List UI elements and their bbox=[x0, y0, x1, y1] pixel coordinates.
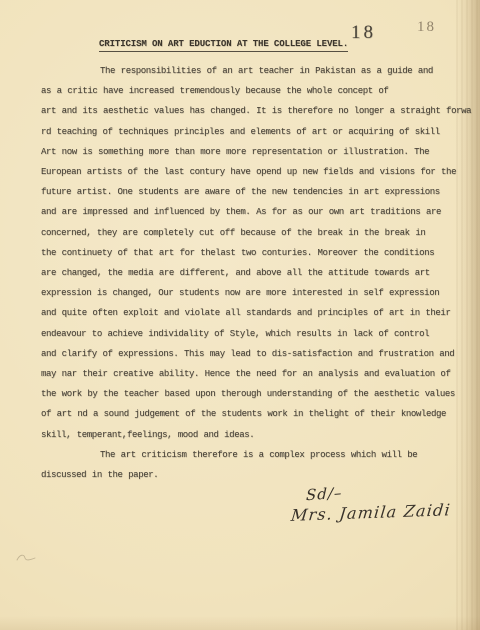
typed-line: and clarify of expressions. This may lea… bbox=[41, 344, 473, 364]
scan-edge-bottom bbox=[0, 616, 480, 630]
typed-line: discussed in the paper. bbox=[41, 465, 473, 485]
typed-line: may nar their creative ability. Hence th… bbox=[41, 364, 473, 384]
typed-line: the continuety of that art for thelast t… bbox=[41, 243, 473, 263]
typed-line: are changed, the media are different, an… bbox=[41, 263, 473, 283]
typed-line: as a critic have increased tremendously … bbox=[41, 81, 473, 101]
typed-line: of art nd a sound judgement of the stude… bbox=[41, 404, 473, 424]
signature-name: Mrs. Jamila Zaidi bbox=[290, 500, 452, 525]
typed-line: The responsibilities of an art teacher i… bbox=[41, 61, 473, 81]
document-page: 18 18 CRITICISM ON ART EDUCTION AT THE C… bbox=[0, 0, 480, 630]
typed-line: endeavour to achieve individality of Sty… bbox=[41, 324, 473, 344]
typed-line: and quite often exploit and violate all … bbox=[41, 303, 473, 323]
typed-line: The art criticism therefore is a complex… bbox=[41, 445, 473, 465]
page-number-stamped: 18 bbox=[417, 19, 436, 36]
typed-line: skill, temperant,feelings, mood and idea… bbox=[41, 425, 473, 445]
typed-line: concerned, they are completely cut off b… bbox=[41, 223, 473, 243]
typed-line: art and its aesthetic values has changed… bbox=[41, 101, 473, 121]
typed-line: European artists of the last contury hav… bbox=[41, 162, 473, 182]
body-text: The responsibilities of an art teacher i… bbox=[41, 61, 473, 485]
signature-sd-notation: Sd/– bbox=[306, 484, 343, 505]
pencil-smudge bbox=[15, 552, 37, 564]
typed-line: Art now is something more than more more… bbox=[41, 142, 473, 162]
page-title: CRITICISM ON ART EDUCTION AT THE COLLEGE… bbox=[99, 39, 348, 52]
typed-line: rd teaching of techniques principles and… bbox=[41, 122, 473, 142]
typed-line: and are impressed and influenced by them… bbox=[41, 202, 473, 222]
page-number-typed: 18 bbox=[351, 22, 376, 44]
typed-line: future artist. One students are aware of… bbox=[41, 182, 473, 202]
typed-line: expression is changed, Our students now … bbox=[41, 283, 473, 303]
typed-line: the work by the teacher based upon thero… bbox=[41, 384, 473, 404]
